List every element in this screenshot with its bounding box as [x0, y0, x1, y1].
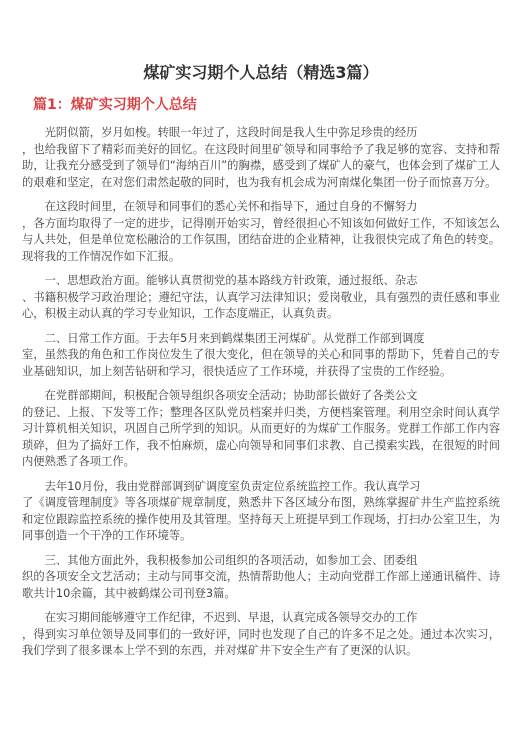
paragraph-4: 二、日常工作方面。于去年5月来到鹤煤集团王河煤矿。从党群工作部到调度 室，虽然我…	[22, 331, 500, 381]
document-page: 煤矿实习期个人总结（精选3篇） 篇1：煤矿实习期个人总结 光阴似箭，岁月如梭。转…	[0, 0, 520, 736]
paragraph-7: 三、其他方面此外，我积极参加公司组织的各项活动，如参加工会、团委组 织的各项安全…	[22, 553, 500, 603]
paragraph-5: 在党群部期间，积极配合领导组织各项安全活动；协助部长做好了各类公文 的登记、上报…	[22, 388, 500, 471]
paragraph-2: 在这段时间里，在领导和同事们的悉心关怀和指导下，通过自身的不懈努力 ，各方面均取…	[22, 199, 500, 265]
document-title: 煤矿实习期个人总结（精选3篇）	[22, 62, 500, 84]
paragraph-3: 一、思想政治方面。能够认真贯彻党的基本路线方针政策，通过报纸、杂志 、书籍积极学…	[22, 273, 500, 323]
paragraph-6: 去年10月份，我由党群部调到矿调度室负责定位系统监控工作。我认真学习 了《调度管…	[22, 479, 500, 545]
section-1-heading: 篇1：煤矿实习期个人总结	[33, 96, 500, 114]
paragraph-8: 在实习期间能够遵守工作纪律，不迟到、早退，认真完成各领导交办的工作 ，得到实习单…	[22, 610, 500, 660]
paragraph-1: 光阴似箭，岁月如梭。转眼一年过了，这段时间是我人生中弥足珍贵的经历 ，也给我留下…	[22, 125, 500, 191]
